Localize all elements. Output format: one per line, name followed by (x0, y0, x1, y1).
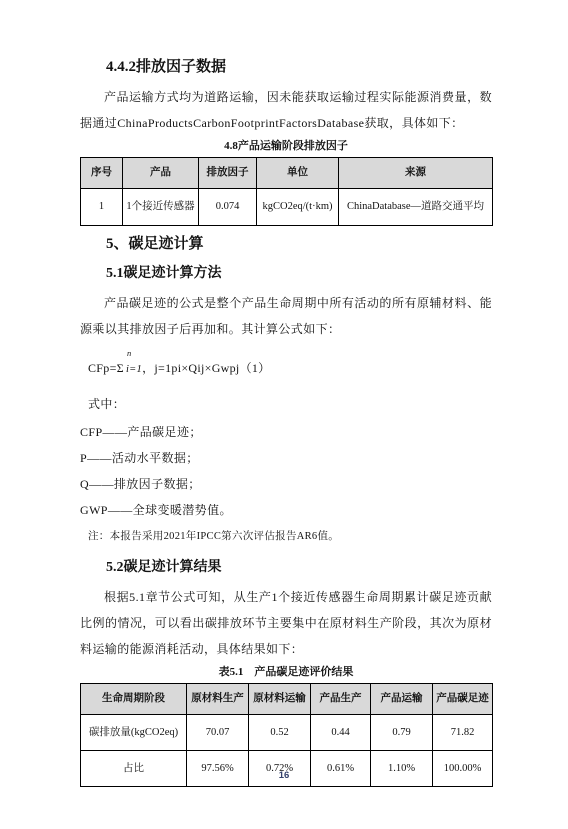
formula-lower-limit: i=1 (126, 364, 142, 375)
symbol-definitions: CFP——产品碳足迹； P——活动水平数据； Q——排放因子数据； GWP——全… (80, 419, 492, 523)
cell-value: 71.82 (433, 715, 493, 751)
cell-row-label: 占比 (81, 751, 187, 787)
cell-index: 1 (81, 189, 123, 226)
col-header-product-transport: 产品运输 (371, 684, 433, 715)
cell-value: 97.56% (187, 751, 249, 787)
col-header-lifecycle-stage: 生命周期阶段 (81, 684, 187, 715)
cell-value: 0.79 (371, 715, 433, 751)
cell-value: 0.72% (249, 751, 311, 787)
cell-value: 100.00% (433, 751, 493, 787)
page-content: 4.4.2排放因子数据 产品运输方式均为道路运输，因未能获取运输过程实际能源消费… (80, 56, 492, 787)
definition-gwp: GWP——全球变暖潜势值。 (80, 497, 492, 523)
col-header-unit: 单位 (257, 158, 339, 189)
formula-superscript-n: n (127, 349, 132, 358)
formula-cfp: CFp=Σni=1，j=1pi×Qij×Gwpj（1） (88, 350, 492, 379)
col-header-product: 产品 (123, 158, 199, 189)
paragraph-results: 根据5.1章节公式可知，从生产1个接近传感器生命周期累计碳足迹贡献比例的情况，可… (80, 584, 492, 662)
where-label: 式中： (88, 391, 492, 417)
formula-prefix: CFp=Σ (88, 361, 124, 375)
formula-limits: ni=1 (126, 359, 142, 379)
definition-cfp: CFP——产品碳足迹； (80, 419, 492, 445)
table-5-1-header-row: 生命周期阶段 原材料生产 原材料运输 产品生产 产品运输 产品碳足迹 (81, 684, 493, 715)
table-row-emissions: 碳排放量(kgCO2eq) 70.07 0.52 0.44 0.79 71.82 (81, 715, 493, 751)
col-header-raw-material-transport: 原材料运输 (249, 684, 311, 715)
table-4-8-header-row: 序号 产品 排放因子 单位 来源 (81, 158, 493, 189)
cell-value: 0.61% (311, 751, 371, 787)
col-header-index: 序号 (81, 158, 123, 189)
cell-product: 1个接近传感器 (123, 189, 199, 226)
table-row: 1 1个接近传感器 0.074 kgCO2eq/(t·km) ChinaData… (81, 189, 493, 226)
table-5-1-caption: 表5.1 产品碳足迹评价结果 (80, 665, 492, 680)
heading-5-1: 5.1碳足迹计算方法 (106, 264, 492, 284)
cell-value: 0.44 (311, 715, 371, 751)
col-header-factor: 排放因子 (199, 158, 257, 189)
col-header-raw-material-production: 原材料生产 (187, 684, 249, 715)
cell-factor: 0.074 (199, 189, 257, 226)
heading-5: 5、碳足迹计算 (106, 233, 492, 255)
col-header-product-production: 产品生产 (311, 684, 371, 715)
page-number: 16 (0, 770, 568, 781)
note-ipcc-ar6: 注：本报告采用2021年IPCC第六次评估报告AR6值。 (88, 524, 492, 549)
table-row-percentage: 占比 97.56% 0.72% 0.61% 1.10% 100.00% (81, 751, 493, 787)
cell-value: 1.10% (371, 751, 433, 787)
col-header-product-footprint: 产品碳足迹 (433, 684, 493, 715)
definition-p: P——活动水平数据； (80, 445, 492, 471)
formula-body: ，j=1pi×Qij×Gwpj（1） (142, 361, 270, 375)
table-4-8-caption: 4.8产品运输阶段排放因子 (80, 139, 492, 154)
heading-4-4-2: 4.4.2排放因子数据 (106, 56, 492, 78)
paragraph-method: 产品碳足迹的公式是整个产品生命周期中所有活动的所有原辅材料、能源乘以其排放因子后… (80, 290, 492, 342)
paragraph-transport-data: 产品运输方式均为道路运输，因未能获取运输过程实际能源消费量，数据通过ChinaP… (80, 84, 492, 136)
document-page: 4.4.2排放因子数据 产品运输方式均为道路运输，因未能获取运输过程实际能源消费… (0, 0, 568, 829)
cell-unit: kgCO2eq/(t·km) (257, 189, 339, 226)
cell-value: 70.07 (187, 715, 249, 751)
definition-q: Q——排放因子数据； (80, 471, 492, 497)
cell-row-label: 碳排放量(kgCO2eq) (81, 715, 187, 751)
table-4-8-emission-factors: 序号 产品 排放因子 单位 来源 1 1个接近传感器 0.074 kgCO2eq… (80, 157, 493, 226)
cell-value: 0.52 (249, 715, 311, 751)
cell-source: ChinaDatabase—道路交通平均 (339, 189, 493, 226)
heading-5-2: 5.2碳足迹计算结果 (106, 558, 492, 578)
col-header-source: 来源 (339, 158, 493, 189)
